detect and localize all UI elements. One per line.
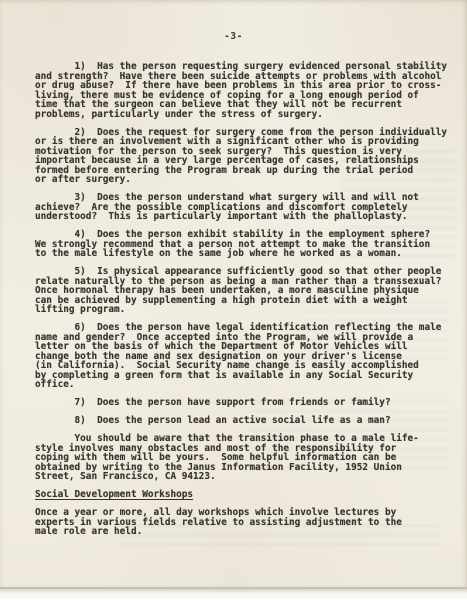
- workshops-paragraph: Once a year or more, all day workshops w…: [35, 508, 455, 537]
- question-paragraph-1: 1) Has the person requesting surgery evi…: [35, 62, 455, 119]
- question-paragraph-8: 8) Does the person lead an active social…: [35, 416, 455, 426]
- question-paragraph-4: 4) Does the person exhibit stability in …: [35, 230, 455, 259]
- question-paragraph-7: 7) Does the person have support from fri…: [35, 398, 455, 408]
- page-number: -3-: [0, 32, 467, 42]
- scanner-background-edge: [0, 589, 467, 600]
- scanned-document: -3- 1) Has the person requesting surgery…: [0, 0, 467, 600]
- question-paragraph-2: 2) Does the request for surgery come fro…: [35, 128, 455, 185]
- closing-paragraph: You should be aware that the transition …: [35, 434, 455, 482]
- section-heading: Social Development Workshops: [35, 490, 455, 500]
- question-paragraph-3: 3) Does the person understand what surge…: [35, 193, 455, 222]
- document-body: 1) Has the person requesting surgery evi…: [35, 62, 455, 545]
- question-paragraph-6: 6) Does the person have legal identifica…: [35, 323, 455, 390]
- question-paragraph-5: 5) Is physical appearance sufficiently g…: [35, 267, 455, 315]
- paper-sheet: -3- 1) Has the person requesting surgery…: [0, 0, 467, 589]
